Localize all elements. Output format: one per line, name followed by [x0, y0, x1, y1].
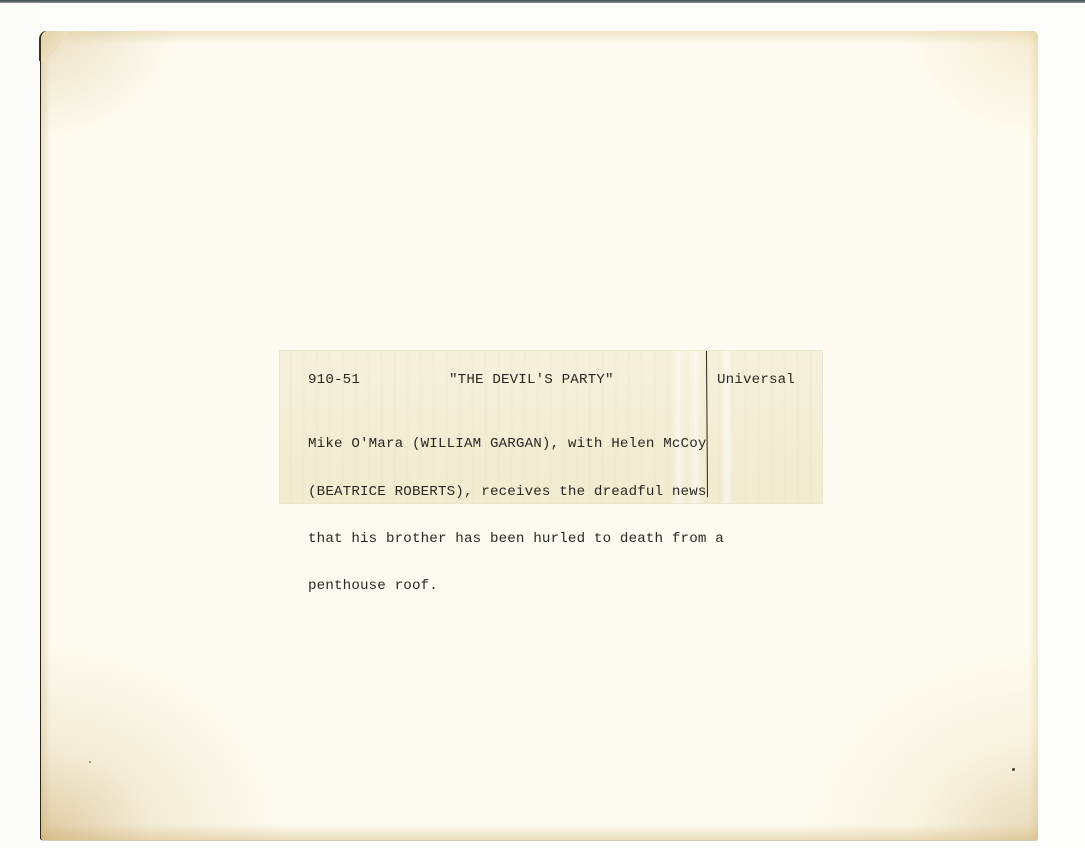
caption-line: penthouse roof. [308, 579, 808, 595]
film-title: "THE DEVIL'S PARTY" [449, 372, 614, 388]
caption-line: (BEATRICE ROBERTS), receives the dreadfu… [308, 485, 808, 501]
caption-body: Mike O'Mara (WILLIAM GARGAN), with Helen… [308, 406, 808, 626]
torn-corner [39, 31, 69, 61]
caption-line: Mike O'Mara (WILLIAM GARGAN), with Helen… [308, 437, 808, 453]
caption-strip: 910-51 "THE DEVIL'S PARTY" Universal Mik… [280, 351, 822, 503]
caption-line: that his brother has been hurled to deat… [308, 532, 808, 548]
scanner-edge [0, 0, 1085, 3]
studio-name: Universal [717, 372, 795, 388]
still-number: 910-51 [308, 372, 360, 388]
ink-spot [89, 761, 91, 763]
scanner-background [0, 3, 40, 848]
caption-header: 910-51 "THE DEVIL'S PARTY" Universal [308, 372, 808, 390]
ink-spot [1012, 768, 1015, 771]
